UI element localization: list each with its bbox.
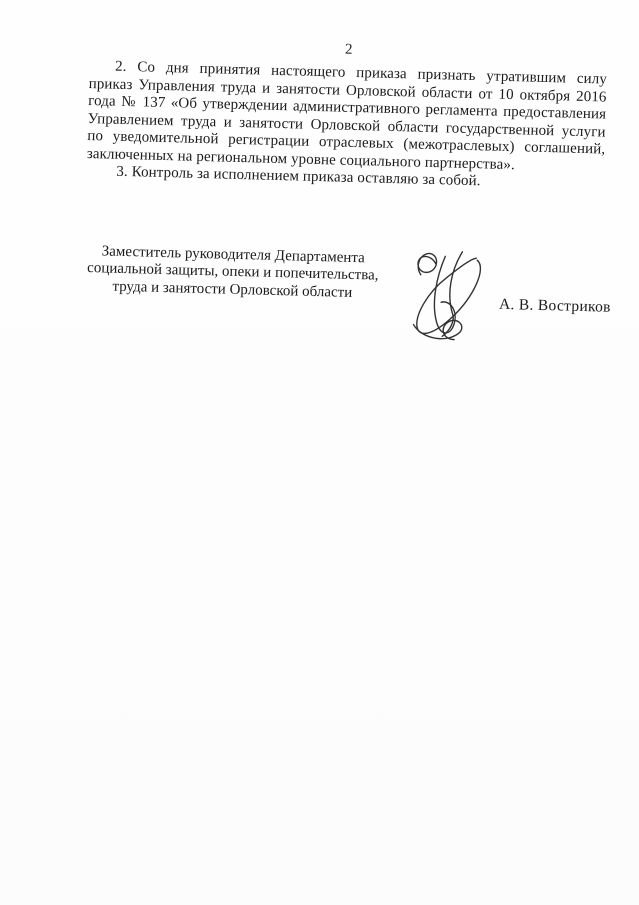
signature-scribble-icon <box>388 246 490 344</box>
signatory-name: А. В. Востриков <box>499 295 611 316</box>
order-paragraph-2: 2. Со дня принятия настоящего приказа пр… <box>86 58 607 194</box>
signatory-title: Заместитель руководителя Департамента со… <box>83 242 382 302</box>
signature-block: Заместитель руководителя Департамента со… <box>82 242 602 347</box>
scanned-document-page: 2 2. Со дня принятия настоящего приказа … <box>0 0 639 905</box>
handwritten-signature <box>388 246 490 344</box>
scan-content: 2 2. Со дня принятия настоящего приказа … <box>82 34 608 347</box>
